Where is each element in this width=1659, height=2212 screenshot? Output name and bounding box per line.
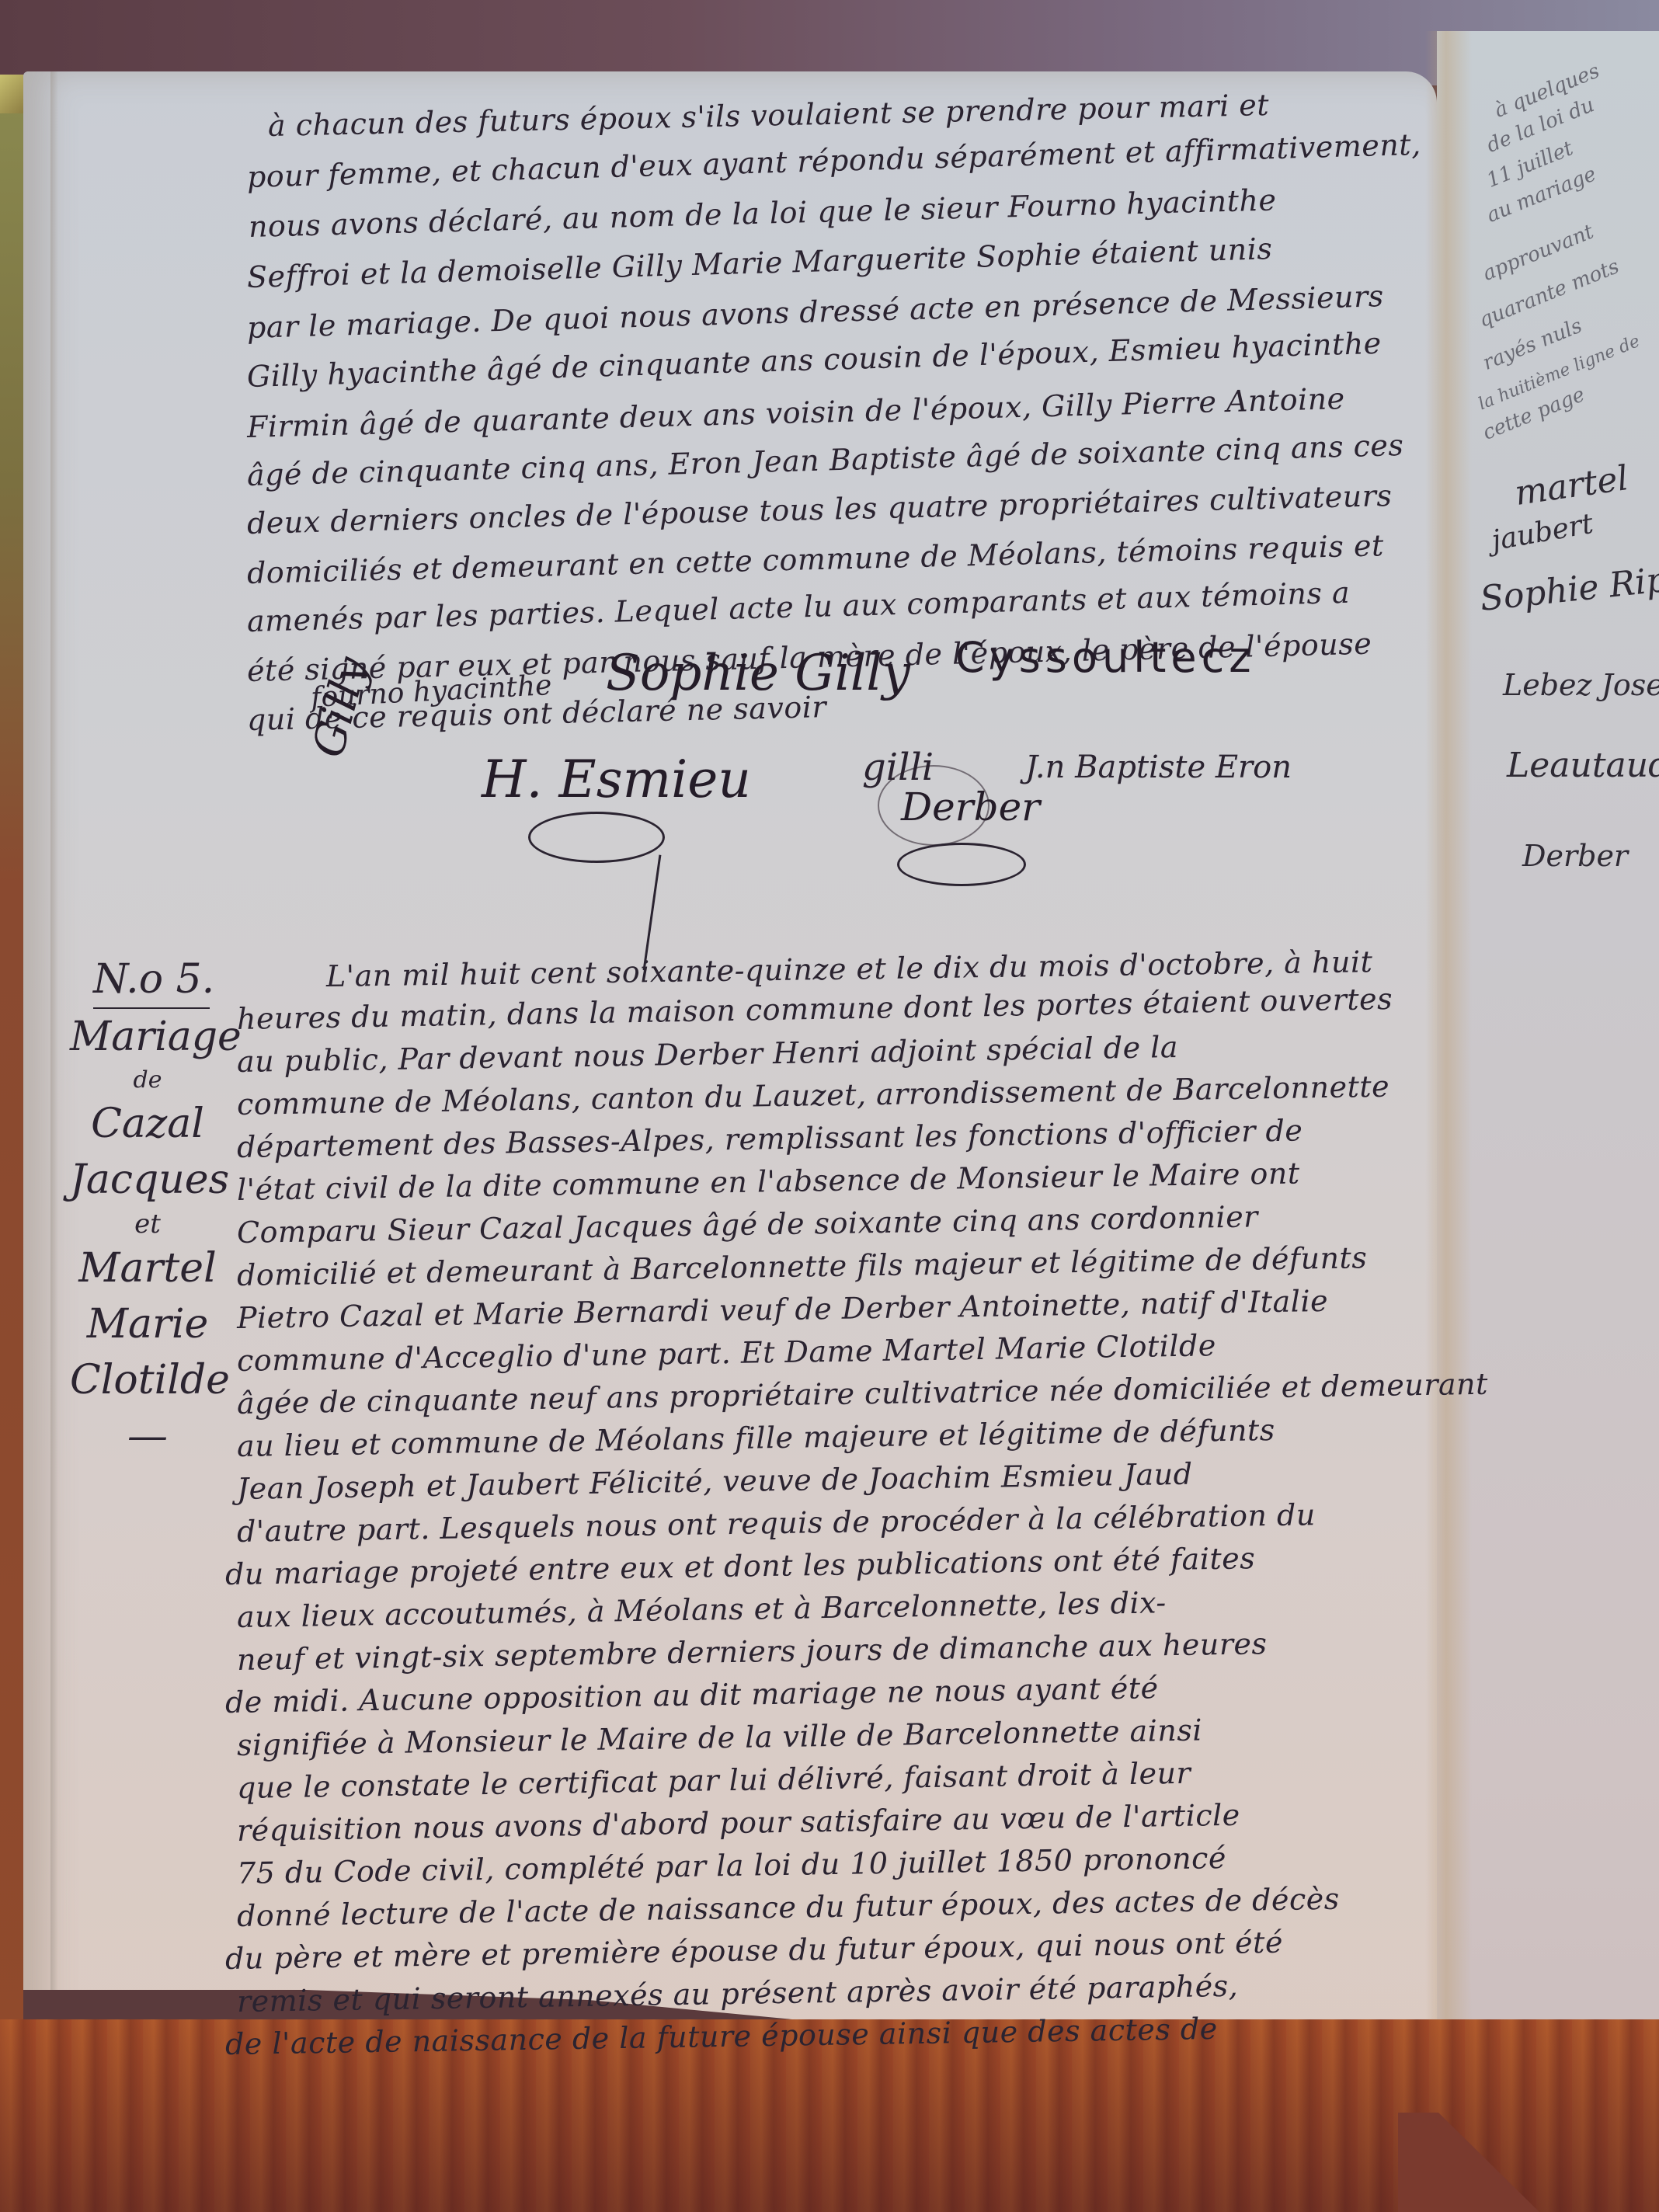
margin-title-line: Martel <box>70 1240 225 1296</box>
signature-flourish <box>897 843 1026 886</box>
margin-title-line: de <box>70 1065 225 1096</box>
margin-title-line: — <box>70 1408 225 1464</box>
signature-derber: Derber <box>901 784 1040 829</box>
page-fold-shadow <box>50 71 58 2091</box>
margin-title: N.o 5. Mariage de Cazal Jacques et Marte… <box>70 951 225 1464</box>
margin-title-line: Clotilde <box>70 1352 225 1408</box>
margin-title-line: Marie <box>70 1296 225 1352</box>
signature-eron: J.n Baptiste Eron <box>1025 750 1292 785</box>
margin-title-line: Mariage <box>70 1009 225 1065</box>
margin-title-line: Cazal <box>70 1096 225 1152</box>
margin-title-line: et <box>70 1208 225 1240</box>
margin-title-line: Jacques <box>70 1152 225 1208</box>
signature-leautaud: Leautaud <box>1507 746 1659 785</box>
signature-flourish <box>528 812 665 863</box>
signature-lebez: Lebez Joseph <box>1503 668 1659 702</box>
signature-esmieu: H. Esmieu <box>482 750 751 809</box>
record-number: N.o 5. <box>93 951 210 1009</box>
book-binding-left <box>0 78 23 2097</box>
signature-cyssoultecz: Cyssoultecz <box>955 633 1256 682</box>
signature-derber-margin: Derber <box>1522 839 1628 873</box>
signature-sophie-gilly: Sophie Gilly <box>606 645 910 702</box>
book-gutter <box>1425 31 1472 2128</box>
